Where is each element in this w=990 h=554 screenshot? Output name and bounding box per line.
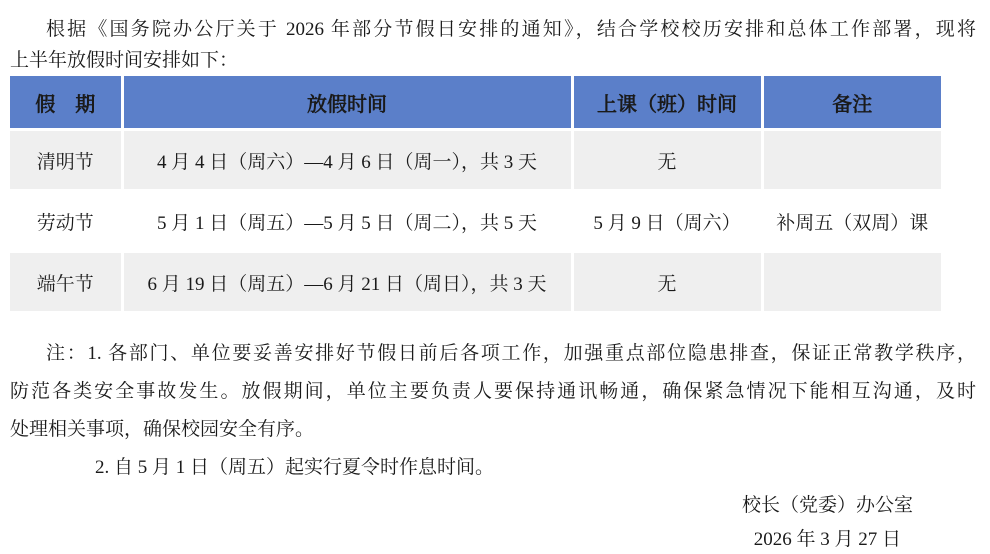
vacation-cell: 6 月 19 日（周五）—6 月 21 日（周日），共 3 天	[122, 252, 572, 312]
header-vacation-time: 放假时间	[122, 76, 572, 130]
class-time-cell: 无	[572, 252, 762, 312]
remark-cell: 补周五（双周）课	[762, 191, 941, 252]
signature-date: 2026 年 3 月 27 日	[10, 523, 901, 554]
signature-office: 校长（党委）办公室	[10, 489, 913, 523]
header-holiday: 假 期	[10, 76, 122, 130]
signature-block: 校长（党委）办公室 2026 年 3 月 27 日	[10, 489, 976, 554]
holiday-cell: 清明节	[10, 130, 122, 191]
note2-line: 2. 自 5 月 1 日（周五）起实行夏令时作息时间。	[10, 449, 976, 487]
table-row-laodong: 劳动节 5 月 1 日（周五）—5 月 5 日（周二），共 5 天 5 月 9 …	[10, 191, 941, 252]
document: 根据《国务院办公厅关于 2026 年部分节假日安排的通知》，结合学校校历安排和总…	[0, 14, 990, 554]
holiday-cell: 劳动节	[10, 191, 122, 252]
vacation-cell: 4 月 4 日（周六）—4 月 6 日（周一），共 3 天	[122, 130, 572, 191]
intro-line-1: 根据《国务院办公厅关于 2026 年部分节假日安排的通知》，结合学校校历安排和总…	[10, 14, 976, 45]
remark-cell	[762, 252, 941, 312]
header-remark: 备注	[762, 76, 941, 130]
note1-line-3: 处理相关事项，确保校园安全有序。	[10, 411, 976, 449]
table-row-duanwu: 端午节 6 月 19 日（周五）—6 月 21 日（周日），共 3 天 无	[10, 252, 941, 312]
class-time-cell: 5 月 9 日（周六）	[572, 191, 762, 252]
holiday-schedule-table: 假 期 放假时间 上课（班）时间 备注 清明节 4 月 4 日（周六）—4 月 …	[10, 76, 941, 311]
table-row-qingming: 清明节 4 月 4 日（周六）—4 月 6 日（周一），共 3 天 无	[10, 130, 941, 191]
class-time-cell: 无	[572, 130, 762, 191]
remark-cell	[762, 130, 941, 191]
note1-line-1: 注：1. 各部门、单位要妥善安排好节假日前后各项工作，加强重点部位隐患排查，保证…	[10, 335, 976, 373]
holiday-cell: 端午节	[10, 252, 122, 312]
note1-line-2: 防范各类安全事故发生。放假期间，单位主要负责人要保持通讯畅通，确保紧急情况下能相…	[10, 373, 976, 411]
intro-line-2: 上半年放假时间安排如下：	[10, 45, 976, 76]
vacation-cell: 5 月 1 日（周五）—5 月 5 日（周二），共 5 天	[122, 191, 572, 252]
notes-section: 注：1. 各部门、单位要妥善安排好节假日前后各项工作，加强重点部位隐患排查，保证…	[10, 335, 976, 487]
intro-paragraph: 根据《国务院办公厅关于 2026 年部分节假日安排的通知》，结合学校校历安排和总…	[10, 14, 976, 76]
header-class-time: 上课（班）时间	[572, 76, 762, 130]
table-header-row: 假 期 放假时间 上课（班）时间 备注	[10, 76, 941, 130]
